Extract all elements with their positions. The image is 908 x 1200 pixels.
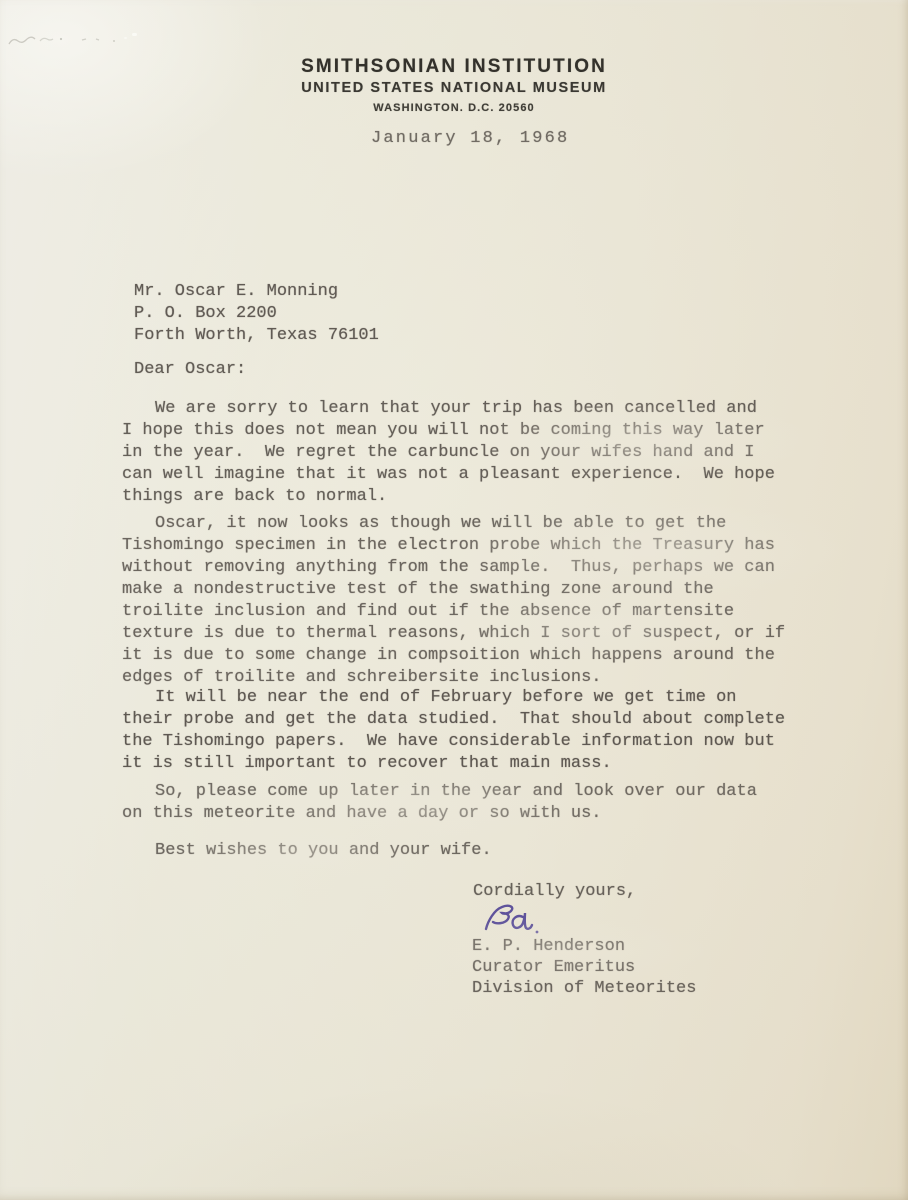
body-paragraph-5: Best wishes to you and your wife.: [122, 840, 492, 862]
letter-page: SMITHSONIAN INSTITUTION UNITED STATES NA…: [0, 0, 908, 1200]
body-paragraph-1: We are sorry to learn that your trip has…: [122, 398, 775, 508]
body-paragraph-2: Oscar, it now looks as though we will be…: [122, 513, 785, 689]
signature-block: E. P. Henderson Curator Emeritus Divisio…: [472, 936, 696, 999]
recipient-address: Mr. Oscar E. Monning P. O. Box 2200 Fort…: [134, 281, 379, 347]
pencil-annotation: [4, 24, 144, 54]
letterhead-institution: SMITHSONIAN INSTITUTION: [0, 56, 908, 78]
body-paragraph-3: It will be near the end of February befo…: [122, 687, 785, 775]
closing-line: Cordially yours,: [473, 881, 636, 903]
letter-date: January 18, 1968: [371, 128, 569, 150]
salutation: Dear Oscar:: [134, 359, 246, 381]
letterhead-museum: UNITED STATES NATIONAL MUSEUM: [0, 80, 908, 96]
body-paragraph-4: So, please come up later in the year and…: [122, 781, 757, 825]
letterhead-city-zip: WASHINGTON. D.C. 20560: [0, 102, 908, 114]
